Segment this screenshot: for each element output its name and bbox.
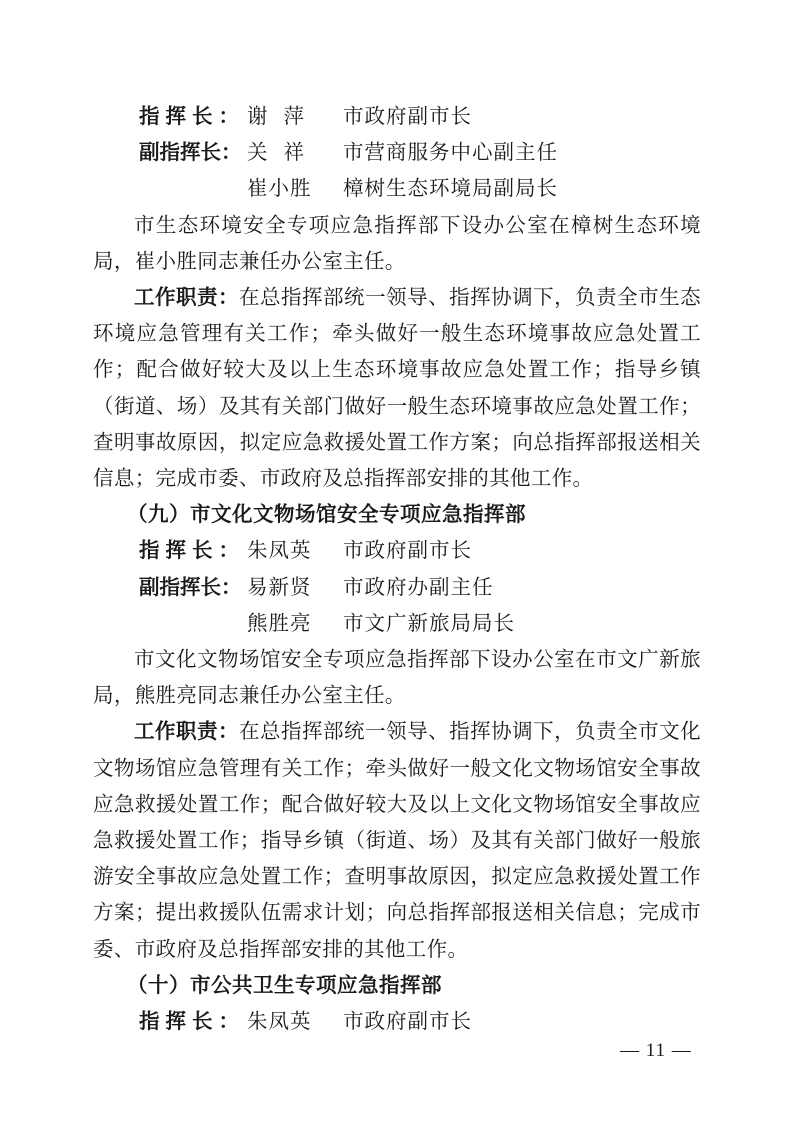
commander-name: 朱凤英 [247,532,343,568]
deputy-label: 副指挥长： [139,134,247,170]
duties-paragraph: 工作职责：在总指挥部统一领导、指挥协调下，负责全市文化文物场馆应急管理有关工作；… [93,713,701,966]
duties-text: 在总指挥部统一领导、指挥协调下，负责全市生态环境应急管理有关工作；牵头做好一般生… [93,285,701,490]
deputy-title: 樟树生态环境局副局长 [343,170,558,206]
commander-name: 朱凤英 [247,1003,343,1039]
document-page: 指挥长： 谢萍 市政府副市长 副指挥长： 关祥 市营商服务中心副主任 崔小胜 樟… [93,98,701,1039]
deputy-row: 崔小胜 樟树生态环境局副局长 [93,170,701,206]
duties-paragraph: 工作职责：在总指挥部统一领导、指挥协调下，负责全市生态环境应急管理有关工作；牵头… [93,279,701,496]
deputy-name: 关祥 [247,134,343,170]
commander-title: 市政府副市长 [343,532,472,568]
duties-label: 工作职责： [134,719,239,743]
commander-row: 指挥长： 谢萍 市政府副市长 [93,98,701,134]
commander-title: 市政府副市长 [343,98,472,134]
deputy-row: 副指挥长： 易新贤 市政府办副主任 [93,569,701,605]
deputy-title: 市政府办副主任 [343,569,494,605]
commander-label: 指挥长： [139,98,247,134]
deputy-row: 熊胜亮 市文广新旅局局长 [93,605,701,641]
duties-text: 在总指挥部统一领导、指挥协调下，负责全市文化文物场馆应急管理有关工作；牵头做好一… [93,719,701,960]
deputy-title: 市文广新旅局局长 [343,605,515,641]
office-paragraph: 市生态环境安全专项应急指挥部下设办公室在樟树生态环境局，崔小胜同志兼任办公室主任… [93,207,701,279]
commander-title: 市政府副市长 [343,1003,472,1039]
office-paragraph: 市文化文物场馆安全专项应急指挥部下设办公室在市文广新旅局，熊胜亮同志兼任办公室主… [93,641,701,713]
deputy-name: 熊胜亮 [247,605,343,641]
commander-label: 指挥长： [139,1003,247,1039]
section-heading: （十）市公共卫生专项应急指挥部 [93,967,701,1003]
commander-row: 指挥长： 朱凤英 市政府副市长 [93,532,701,568]
deputy-row: 副指挥长： 关祥 市营商服务中心副主任 [93,134,701,170]
deputy-title: 市营商服务中心副主任 [343,134,558,170]
section-heading: （九）市文化文物场馆安全专项应急指挥部 [93,496,701,532]
deputy-label: 副指挥长： [139,569,247,605]
commander-row: 指挥长： 朱凤英 市政府副市长 [93,1003,701,1039]
duties-label: 工作职责： [134,285,239,309]
commander-name: 谢萍 [247,98,343,134]
deputy-name: 易新贤 [247,569,343,605]
page-number: — 11 — [620,1040,692,1062]
deputy-name: 崔小胜 [247,170,343,206]
commander-label: 指挥长： [139,532,247,568]
